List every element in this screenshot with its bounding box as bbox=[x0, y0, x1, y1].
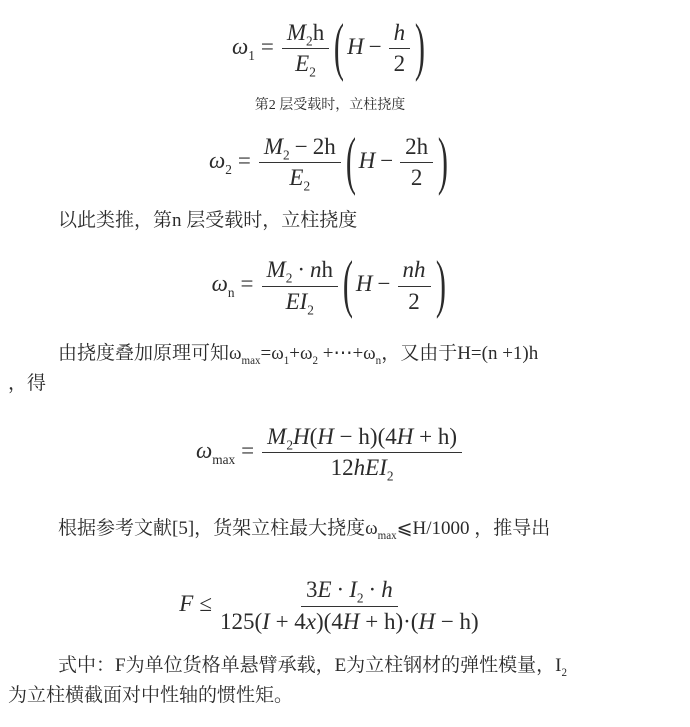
inline-sub: max bbox=[378, 530, 397, 542]
math-sub: 2 bbox=[357, 591, 364, 606]
text-run: 式中：F为单位货格单悬臂承载，E为立柱钢材的弹性模量，I bbox=[58, 655, 562, 676]
formula-F: F≤3E·I2·h125(I + 4x)(4H + h)·(H − h) bbox=[8, 577, 652, 635]
math-minus: − bbox=[369, 34, 382, 59]
math-var: E bbox=[317, 577, 331, 602]
math-fraction: nh2 bbox=[398, 257, 431, 315]
fraction-numerator: nh bbox=[398, 257, 431, 286]
math-equals: = bbox=[241, 271, 254, 296]
math-var: M bbox=[264, 134, 283, 159]
math-var: n bbox=[310, 257, 322, 282]
math-sub: n bbox=[228, 285, 235, 300]
text-line: ，得 bbox=[8, 369, 682, 398]
text-run: 根据参考文献[5]，货架立柱最大挠度ω bbox=[58, 518, 378, 539]
math-equals: = bbox=[238, 148, 251, 173]
math-var: E bbox=[289, 165, 303, 190]
math-var: H bbox=[293, 424, 310, 449]
fraction-denominator: E2 bbox=[295, 49, 316, 77]
math-var: h bbox=[313, 20, 325, 45]
math-sub: 2 bbox=[283, 147, 290, 162]
fraction-denominator: 2 bbox=[394, 49, 406, 77]
math-var: H bbox=[359, 148, 376, 173]
math-sub: 2 bbox=[286, 271, 293, 286]
paragraph-3: 根据参考文献[5]，货架立柱最大挠度ωmax⩽H/1000 ，推导出 bbox=[8, 514, 682, 543]
text-run: =ω bbox=[260, 343, 283, 364]
math-fraction: M2−2hE2 bbox=[259, 134, 341, 192]
math-leq: ≤ bbox=[199, 591, 212, 616]
fraction-denominator: E2 bbox=[289, 163, 310, 191]
math-term: + h bbox=[413, 424, 449, 449]
paragraph-2: 由挠度叠加原理可知ωmax=ω1+ω2 +⋯+ωn，又由于H=(n +1)h ，… bbox=[8, 339, 682, 398]
formula-omega1: ω1=M2hE2(H−h2) bbox=[8, 20, 652, 78]
math-sub: 2 bbox=[306, 34, 313, 49]
math-var: h bbox=[381, 577, 393, 602]
text-run: +⋯+ω bbox=[318, 343, 376, 364]
math-var-omegamax: ω bbox=[196, 438, 212, 463]
math-fraction: 3E·I2·h125(I + 4x)(4H + h)·(H − h) bbox=[220, 577, 479, 635]
document-page: ω1=M2hE2(H−h2) 第2 层受载时，立柱挠度 ω2=M2−2hE2(H… bbox=[0, 0, 690, 727]
fraction-denominator: 2 bbox=[411, 163, 423, 191]
math-var: I bbox=[262, 609, 270, 634]
math-fraction: 2h2 bbox=[400, 134, 433, 192]
math-paren: )(4 bbox=[316, 609, 343, 634]
text-run: ，又由于H=(n +1)h bbox=[381, 343, 538, 364]
math-var: H bbox=[347, 34, 364, 59]
math-dot: · bbox=[337, 577, 345, 602]
math-var: H bbox=[317, 424, 334, 449]
left-paren: ( bbox=[334, 16, 344, 80]
left-paren: ( bbox=[346, 130, 356, 194]
fraction-numerator: M2h bbox=[282, 20, 329, 49]
right-paren: ) bbox=[438, 130, 448, 194]
math-var: H bbox=[397, 424, 414, 449]
text-run: +ω bbox=[289, 343, 312, 364]
math-term: − h bbox=[435, 609, 471, 634]
paragraph-1: 以此类推，第n 层受载时，立柱挠度 bbox=[8, 206, 682, 235]
formula-omegan: ωn=M2·nhEI2(H−nh2) bbox=[8, 257, 652, 315]
paragraph-4: 式中：F为单位货格单悬臂承载，E为立柱钢材的弹性模量，I2 为立柱横截面对中性轴… bbox=[8, 651, 682, 710]
math-var: M bbox=[267, 424, 286, 449]
text-line: 根据参考文献[5]，货架立柱最大挠度ωmax⩽H/1000 ，推导出 bbox=[8, 514, 682, 543]
math-var: E bbox=[295, 51, 309, 76]
fraction-numerator: M2−2h bbox=[259, 134, 341, 163]
text-line: 以此类推，第n 层受载时，立柱挠度 bbox=[8, 206, 682, 235]
math-dot: · bbox=[297, 257, 305, 282]
math-fraction: M2H(H − h)(4H + h)12hEI2 bbox=[262, 424, 462, 482]
math-sub: max bbox=[212, 452, 235, 467]
fraction-numerator: h bbox=[389, 20, 411, 49]
right-paren: ) bbox=[435, 253, 445, 317]
math-term: + h bbox=[359, 609, 395, 634]
math-paren: )·( bbox=[395, 609, 418, 634]
fraction-numerator: M2H(H − h)(4H + h) bbox=[262, 424, 462, 453]
math-var: x bbox=[306, 609, 316, 634]
math-coeff: 12 bbox=[331, 455, 354, 480]
math-sub: 2 bbox=[387, 469, 394, 484]
math-var: EI bbox=[286, 289, 308, 314]
math-minus: − bbox=[295, 134, 308, 159]
text-run: ⩽H/1000 ，推导出 bbox=[397, 518, 551, 539]
math-sub: 2 bbox=[307, 302, 314, 317]
math-coeff: 4 bbox=[385, 424, 397, 449]
math-var: h bbox=[322, 257, 334, 282]
math-minus: − bbox=[378, 271, 391, 296]
fraction-numerator: M2·nh bbox=[262, 257, 339, 286]
math-dot: · bbox=[369, 577, 377, 602]
math-equals: = bbox=[261, 34, 274, 59]
fraction-denominator: 2 bbox=[408, 287, 420, 315]
math-fraction: M2·nhEI2 bbox=[262, 257, 339, 315]
math-sub: 1 bbox=[248, 48, 255, 63]
fraction-numerator: 2h bbox=[400, 134, 433, 163]
math-sub: 2 bbox=[225, 162, 232, 177]
formula-omega2: ω2=M2−2hE2(H−2h2) bbox=[8, 134, 652, 192]
inline-sub: max bbox=[242, 355, 261, 367]
left-paren: ( bbox=[343, 253, 353, 317]
math-var-omegan: ω bbox=[212, 271, 228, 296]
math-coeff: 3 bbox=[306, 577, 318, 602]
math-fraction: M2hE2 bbox=[282, 20, 329, 78]
math-var-omega2: ω bbox=[209, 148, 225, 173]
math-var: M bbox=[287, 20, 306, 45]
math-term: + 4 bbox=[270, 609, 306, 634]
math-var-F: F bbox=[179, 591, 193, 616]
formula-caption: 第2 层受载时，立柱挠度 bbox=[8, 94, 652, 114]
math-var: H bbox=[418, 609, 435, 634]
text-line: 为立柱横截面对中性轴的惯性矩。 bbox=[8, 681, 682, 710]
math-equals: = bbox=[241, 438, 254, 463]
math-var: H bbox=[356, 271, 373, 296]
formula-omegamax: ωmax=M2H(H − h)(4H + h)12hEI2 bbox=[8, 424, 652, 482]
fraction-numerator: 3E·I2·h bbox=[301, 577, 398, 606]
math-coeff: 125( bbox=[220, 609, 262, 634]
math-minus: − bbox=[380, 148, 393, 173]
inline-sub: 2 bbox=[562, 667, 568, 679]
text-line: 由挠度叠加原理可知ωmax=ω1+ω2 +⋯+ωn，又由于H=(n +1)h bbox=[8, 339, 682, 368]
math-var-omega1: ω bbox=[232, 34, 248, 59]
math-var: I bbox=[349, 577, 357, 602]
math-term: − h bbox=[334, 424, 370, 449]
text-line: 式中：F为单位货格单悬臂承载，E为立柱钢材的弹性模量，I2 bbox=[8, 651, 682, 680]
math-var: H bbox=[343, 609, 360, 634]
math-paren: )( bbox=[370, 424, 385, 449]
math-var: M bbox=[267, 257, 286, 282]
math-fraction: h2 bbox=[389, 20, 411, 78]
right-paren: ) bbox=[415, 16, 425, 80]
fraction-denominator: 125(I + 4x)(4H + h)·(H − h) bbox=[220, 607, 479, 635]
math-paren: ) bbox=[471, 609, 479, 634]
math-term: 2h bbox=[313, 134, 336, 159]
math-paren: ) bbox=[449, 424, 457, 449]
math-sub: 2 bbox=[286, 438, 293, 453]
math-sub: 2 bbox=[303, 179, 310, 194]
fraction-denominator: EI2 bbox=[286, 287, 314, 315]
text-run: 由挠度叠加原理可知ω bbox=[58, 343, 242, 364]
math-sub: 2 bbox=[309, 65, 316, 80]
math-var: hEI bbox=[354, 455, 387, 480]
fraction-denominator: 12hEI2 bbox=[331, 453, 394, 481]
